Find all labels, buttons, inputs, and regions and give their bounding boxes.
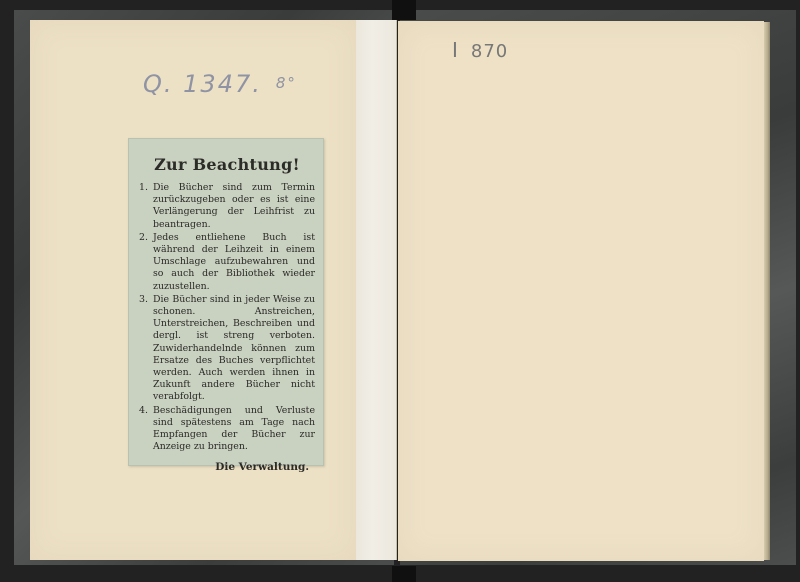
pencil-shelfmark-right: I870: [452, 38, 508, 62]
notice-rule: 3. Die Bücher sind in jeder Weise zu sch…: [139, 294, 315, 404]
pencil-shelfmark-left: Q. 1347.8°: [143, 70, 297, 98]
rule-number: 3.: [139, 294, 153, 404]
shelfmark-format: 8°: [276, 74, 297, 92]
rule-number: 2.: [139, 232, 153, 293]
rule-text: Beschädigungen und Verluste sind spätest…: [153, 405, 315, 454]
notice-signature: Die Verwaltung.: [139, 461, 315, 473]
rule-text: Die Bücher sind in jeder Weise zu schone…: [153, 294, 315, 404]
shelfmark-roman: I: [452, 38, 459, 62]
rule-text: Die Bücher sind zum Termin zurückzugeben…: [153, 182, 315, 231]
notice-title: Zur Beachtung!: [139, 155, 315, 174]
rule-text: Jedes entliehene Buch ist während der Le…: [153, 232, 315, 293]
rule-number: 1.: [139, 182, 153, 231]
notice-rule: 1. Die Bücher sind zum Termin zurückzuge…: [139, 182, 315, 231]
spine-bottom-shadow: [392, 566, 416, 582]
rule-number: 4.: [139, 405, 153, 454]
shelfmark-number: Q. 1347.: [143, 70, 262, 98]
library-notice-label: Zur Beachtung! 1. Die Bücher sind zum Te…: [128, 138, 324, 466]
spine-top-shadow: [392, 0, 416, 20]
right-flyleaf-page: [398, 21, 764, 561]
shelfmark-number-right: 870: [471, 41, 508, 62]
notice-rule: 2. Jedes entliehene Buch ist während der…: [139, 232, 315, 293]
notice-rules-list: 1. Die Bücher sind zum Termin zurückzuge…: [139, 182, 315, 453]
notice-rule: 4. Beschädigungen und Verluste sind spät…: [139, 405, 315, 454]
page-block-edge: [764, 22, 770, 560]
binding-hinge-strip: [356, 20, 397, 560]
